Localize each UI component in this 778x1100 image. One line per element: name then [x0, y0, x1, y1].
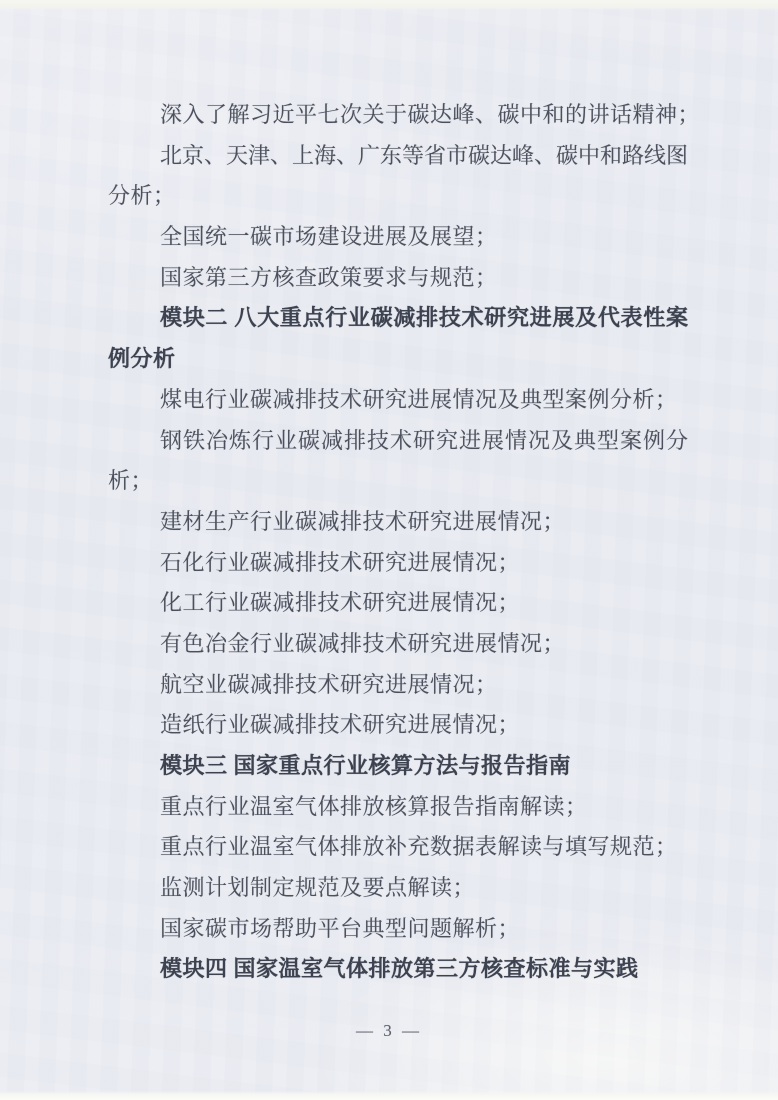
scanned-document-page: 深入了解习近平七次关于碳达峰、碳中和的讲话精神；北京、天津、上海、广东等省市碳达…: [0, 0, 778, 1100]
document-line: 例分析: [108, 339, 688, 380]
document-line: 国家第三方核查政策要求与规范；: [108, 258, 688, 299]
document-line: 北京、天津、上海、广东等省市碳达峰、碳中和路线图: [108, 136, 688, 177]
document-line: 煤电行业碳减排技术研究进展情况及典型案例分析；: [108, 380, 688, 421]
document-line: 监测计划制定规范及要点解读；: [108, 868, 688, 909]
document-line: 化工行业碳减排技术研究进展情况；: [108, 583, 688, 624]
document-body: 深入了解习近平七次关于碳达峰、碳中和的讲话精神；北京、天津、上海、广东等省市碳达…: [108, 95, 688, 990]
document-line: 有色冶金行业碳减排技术研究进展情况；: [108, 624, 688, 665]
document-line: 深入了解习近平七次关于碳达峰、碳中和的讲话精神；: [108, 95, 688, 136]
scan-edge-top: [0, 0, 778, 10]
document-line: 钢铁冶炼行业碳减排技术研究进展情况及典型案例分: [108, 421, 688, 462]
document-line: 全国统一碳市场建设进展及展望；: [108, 217, 688, 258]
document-line: 模块四 国家温室气体排放第三方核查标准与实践: [108, 949, 688, 990]
document-line: 建材生产行业碳减排技术研究进展情况；: [108, 502, 688, 543]
document-line: 重点行业温室气体排放补充数据表解读与填写规范；: [108, 827, 688, 868]
document-line: 国家碳市场帮助平台典型问题解析；: [108, 909, 688, 950]
page-number: — 3 —: [0, 1018, 778, 1044]
document-line: 模块二 八大重点行业碳减排技术研究进展及代表性案: [108, 298, 688, 339]
document-line: 分析；: [108, 176, 688, 217]
document-line: 造纸行业碳减排技术研究进展情况；: [108, 705, 688, 746]
document-line: 石化行业碳减排技术研究进展情况；: [108, 543, 688, 584]
scan-edge-bottom: [0, 1091, 778, 1100]
document-line: 航空业碳减排技术研究进展情况；: [108, 665, 688, 706]
document-line: 析；: [108, 461, 688, 502]
document-line: 重点行业温室气体排放核算报告指南解读；: [108, 787, 688, 828]
document-line: 模块三 国家重点行业核算方法与报告指南: [108, 746, 688, 787]
